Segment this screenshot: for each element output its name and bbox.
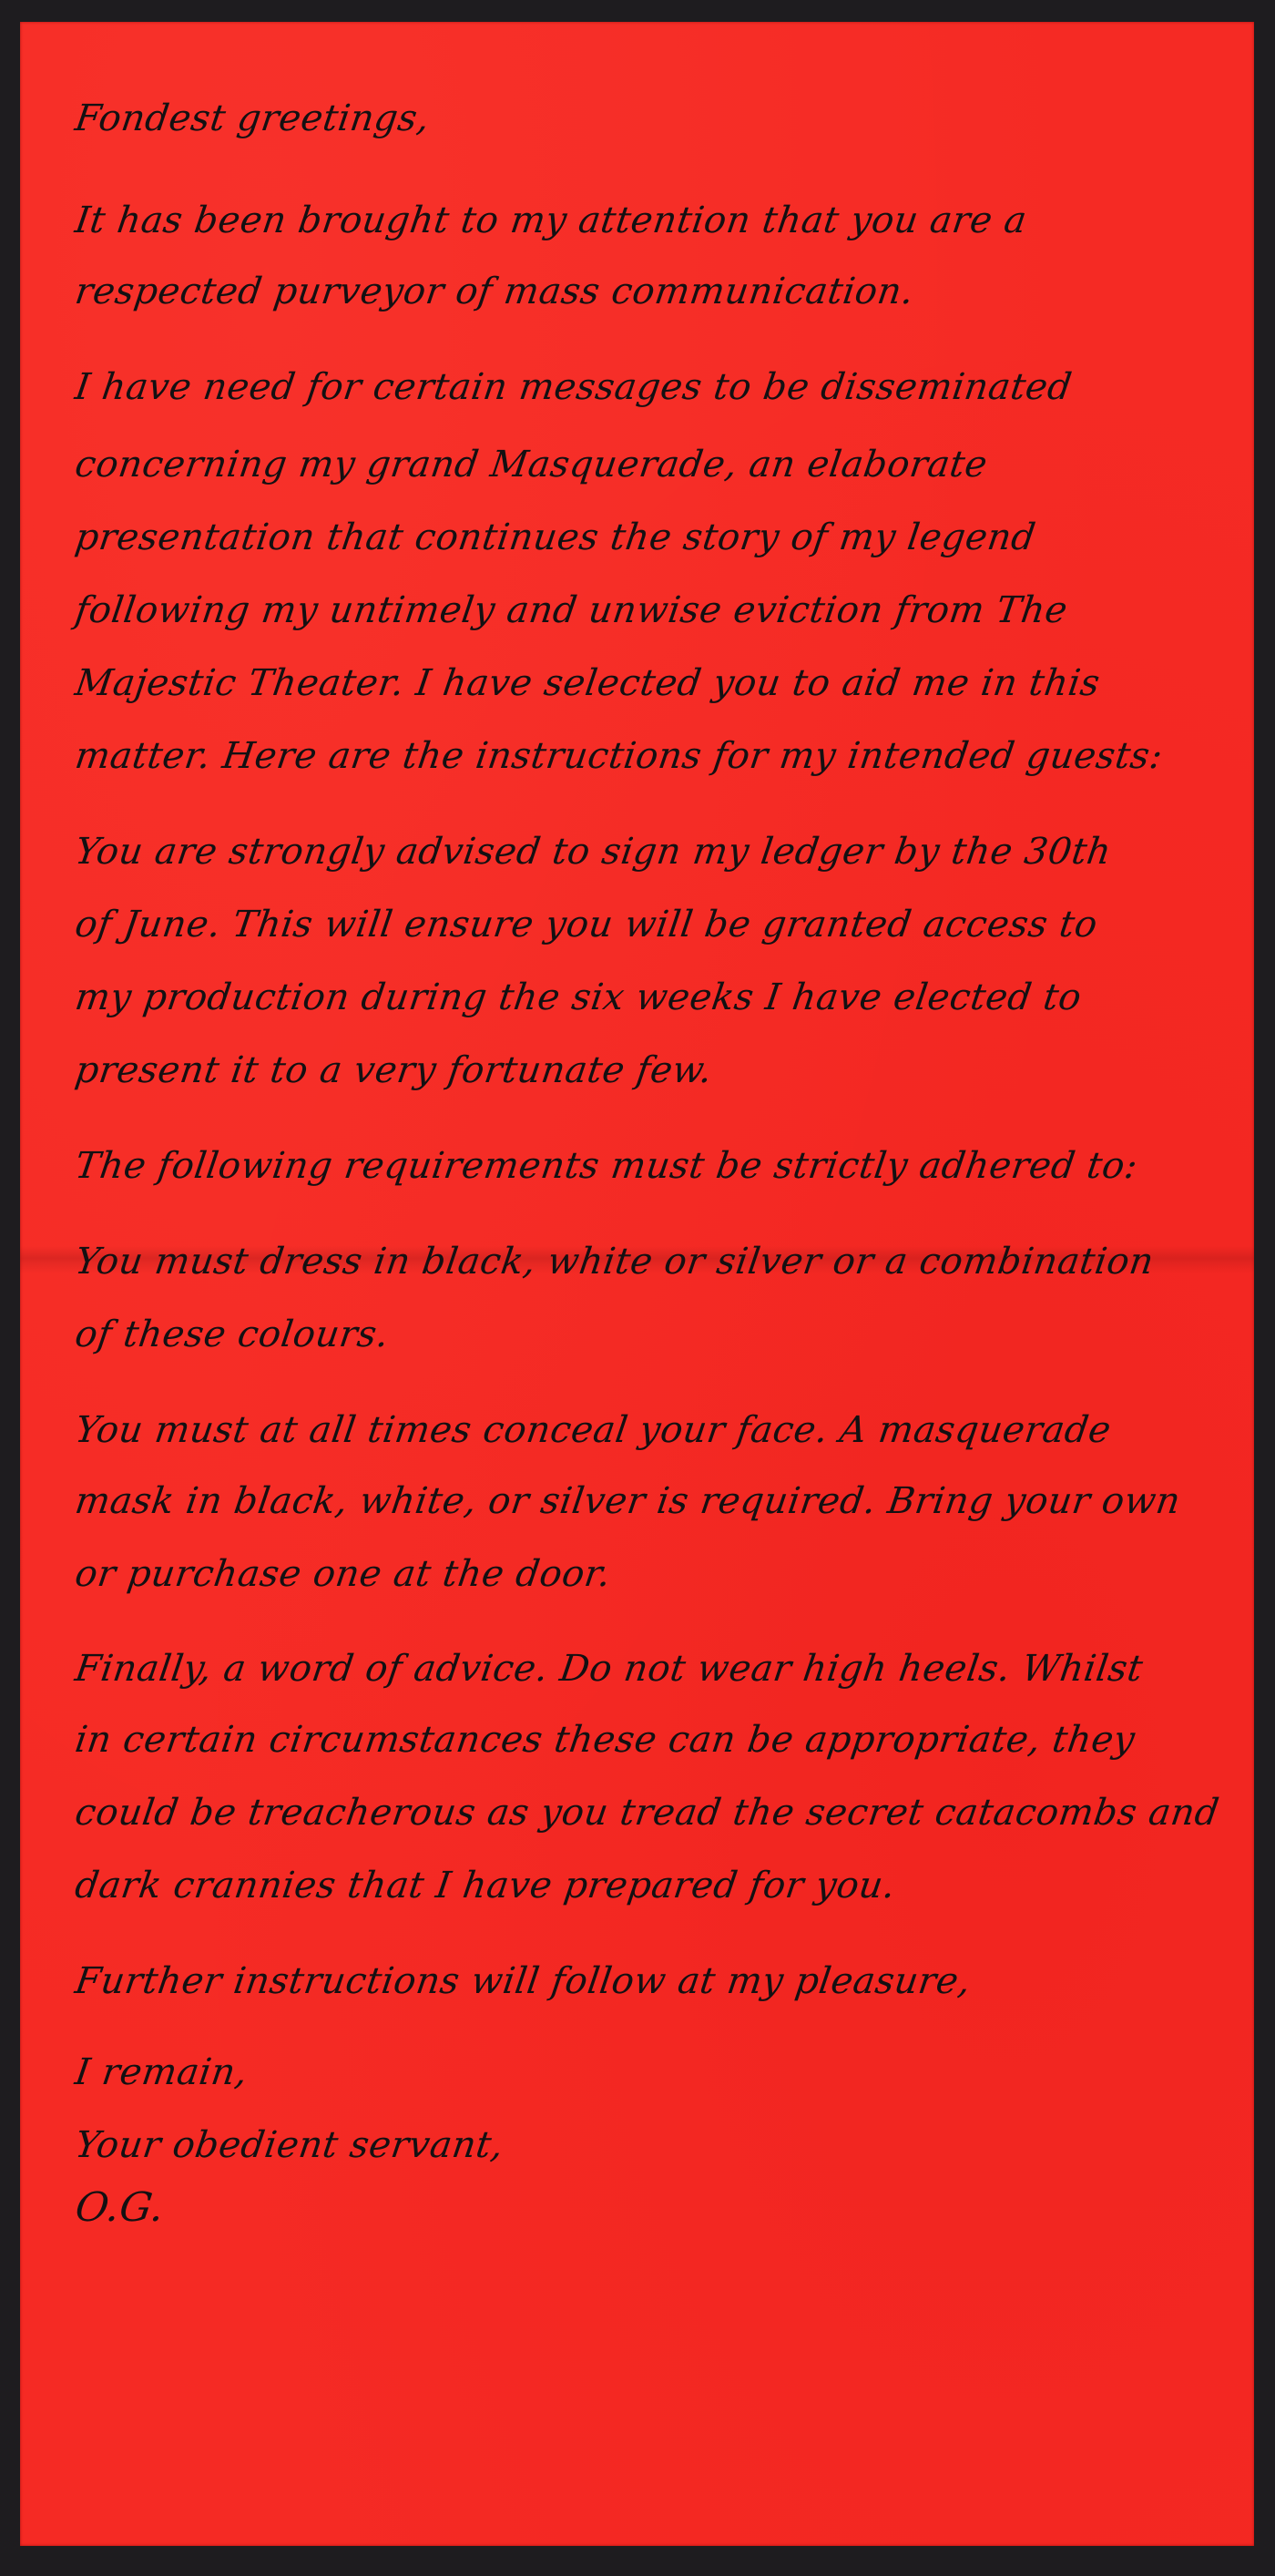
salutation: Fondest greetings, [73, 100, 432, 137]
paragraph-2-line-4: following my untimely and unwise evictio… [73, 592, 1070, 629]
paragraph-7-line-1: Finally, a word of advice. Do not wear h… [73, 1651, 1146, 1687]
paragraph-3-line-4: present it to a very fortunate few. [73, 1052, 715, 1089]
paragraph-2-line-5: Majestic Theater. I have selected you to… [73, 665, 1102, 701]
paragraph-6-line-2: mask in black, white, or silver is requi… [73, 1483, 1183, 1519]
paragraph-2-line-1: I have need for certain messages to be d… [73, 369, 1074, 405]
paragraph-6-line-1: You must at all times conceal your face.… [73, 1412, 1113, 1448]
paragraph-1-line-2: respected purveyor of mass communication… [73, 273, 916, 310]
paragraph-7-line-3: could be treacherous as you tread the se… [73, 1794, 1221, 1831]
paragraph-3-line-2: of June. This will ensure you will be gr… [73, 906, 1100, 943]
requirements-heading: The following requirements must be stric… [73, 1148, 1140, 1184]
paragraph-2-line-6: matter. Here are the instructions for my… [73, 738, 1165, 774]
closing-line-2: Your obedient servant, [73, 2127, 506, 2163]
paragraph-5-line-2: of these colours. [73, 1316, 392, 1353]
scan-background: Fondest greetings, It has been brought t… [0, 0, 1275, 2576]
further-instructions-line: Further instructions will follow at my p… [73, 1963, 973, 1999]
letter-paper: Fondest greetings, It has been brought t… [20, 22, 1254, 2546]
paragraph-2-line-3: presentation that continues the story of… [73, 519, 1038, 556]
paragraph-3-line-1: You are strongly advised to sign my ledg… [73, 833, 1114, 870]
paragraph-3-line-3: my production during the six weeks I hav… [73, 979, 1084, 1016]
closing-line-1: I remain, [73, 2054, 250, 2090]
paragraph-7-line-4: dark crannies that I have prepared for y… [73, 1867, 898, 1904]
paragraph-5-line-1: You must dress in black, white or silver… [73, 1243, 1156, 1280]
paragraph-6-line-3: or purchase one at the door. [73, 1556, 613, 1592]
paragraph-7-line-2: in certain circumstances these can be ap… [73, 1722, 1137, 1758]
paragraph-1-line-1: It has been brought to my attention that… [73, 202, 1029, 239]
paragraph-2-line-2: concerning my grand Masquerade, an elabo… [73, 446, 990, 483]
signature: O.G. [73, 2188, 167, 2228]
